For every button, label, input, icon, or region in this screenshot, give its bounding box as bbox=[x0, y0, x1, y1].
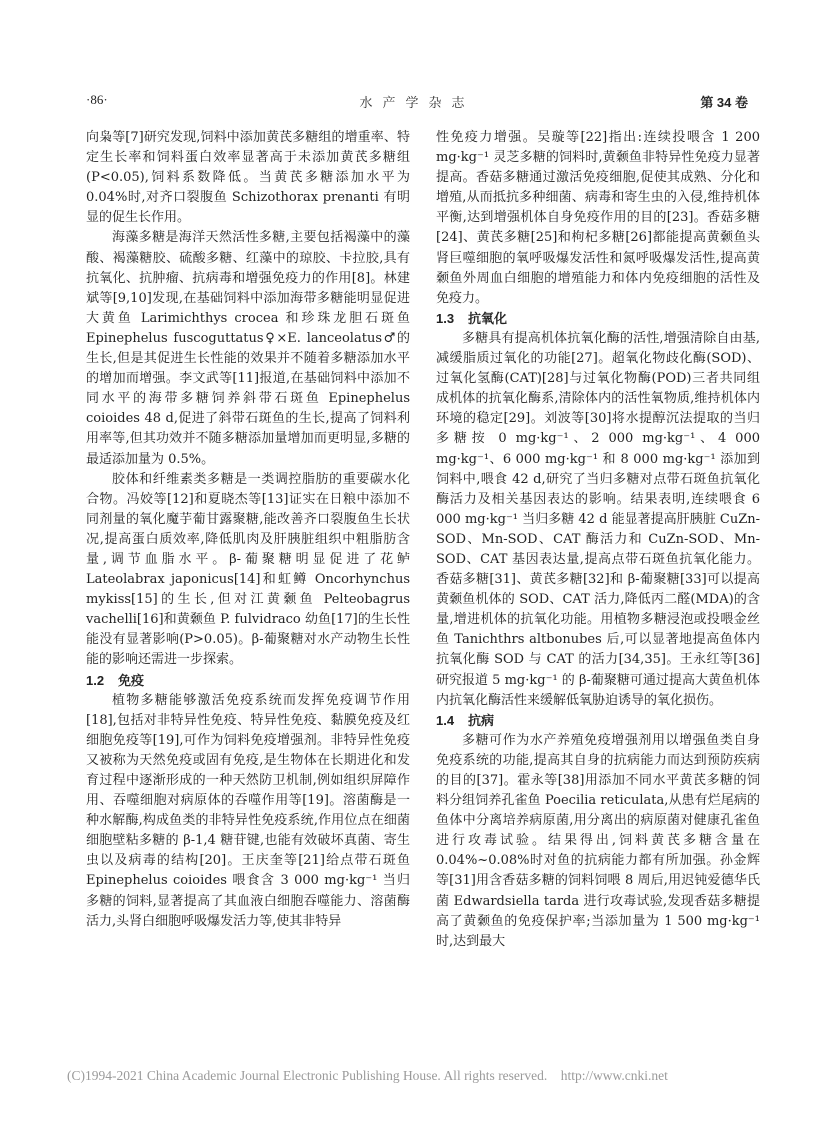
paragraph: 胶体和纤维素类多糖是一类调控脂肪的重要碳水化合物。冯姣等[12]和夏晓杰等[13… bbox=[86, 470, 410, 671]
copyright-footer: (C)1994-2021 China Academic Journal Elec… bbox=[67, 1068, 668, 1084]
volume-label: 第 34 卷 bbox=[700, 92, 748, 111]
paragraph: 海藻多糖是海洋天然活性多糖,主要包括褐藻中的藻酸、褐藻糖胶、硫酸多糖、红藻中的琼… bbox=[86, 228, 410, 469]
copyright-text: (C)1994-2021 China Academic Journal Elec… bbox=[67, 1068, 547, 1083]
section-heading-1-4: 1.4抗病 bbox=[436, 711, 760, 731]
journal-title: 水产学杂志 bbox=[86, 92, 748, 111]
right-column: 性免疫力增强。吴璇等[22]指出:连续投喂含 1 200 mg·kg⁻¹ 灵芝多… bbox=[436, 128, 760, 952]
left-column: 向枭等[7]研究发现,饲料中添加黄芪多糖组的增重率、特定生长率和饲料蛋白效率显著… bbox=[86, 128, 410, 932]
section-heading-1-2: 1.2免疫 bbox=[86, 671, 410, 691]
section-title: 抗氧化 bbox=[468, 311, 507, 326]
running-header: ·86· 水产学杂志 第 34 卷 bbox=[86, 92, 748, 112]
paragraph: 植物多糖能够激活免疫系统而发挥免疫调节作用[18],包括对非特异性免疫、特异性免… bbox=[86, 691, 410, 932]
paragraph: 性免疫力增强。吴璇等[22]指出:连续投喂含 1 200 mg·kg⁻¹ 灵芝多… bbox=[436, 128, 760, 309]
cnki-link[interactable]: http://www.cnki.net bbox=[561, 1068, 668, 1083]
section-title: 免疫 bbox=[118, 673, 144, 688]
paragraph: 向枭等[7]研究发现,饲料中添加黄芪多糖组的增重率、特定生长率和饲料蛋白效率显著… bbox=[86, 128, 410, 228]
section-heading-1-3: 1.3抗氧化 bbox=[436, 309, 760, 329]
section-title: 抗病 bbox=[468, 713, 494, 728]
paragraph: 多糖可作为水产养殖免疫增强剂用以增强鱼类自身免疫系统的功能,提高其自身的抗病能力… bbox=[436, 731, 760, 952]
section-number: 1.3 bbox=[436, 309, 468, 329]
section-number: 1.2 bbox=[86, 671, 118, 691]
paragraph: 多糖具有提高机体抗氧化酶的活性,增强清除自由基,减缓脂质过氧化的功能[27]。超… bbox=[436, 329, 760, 711]
section-number: 1.4 bbox=[436, 711, 468, 731]
